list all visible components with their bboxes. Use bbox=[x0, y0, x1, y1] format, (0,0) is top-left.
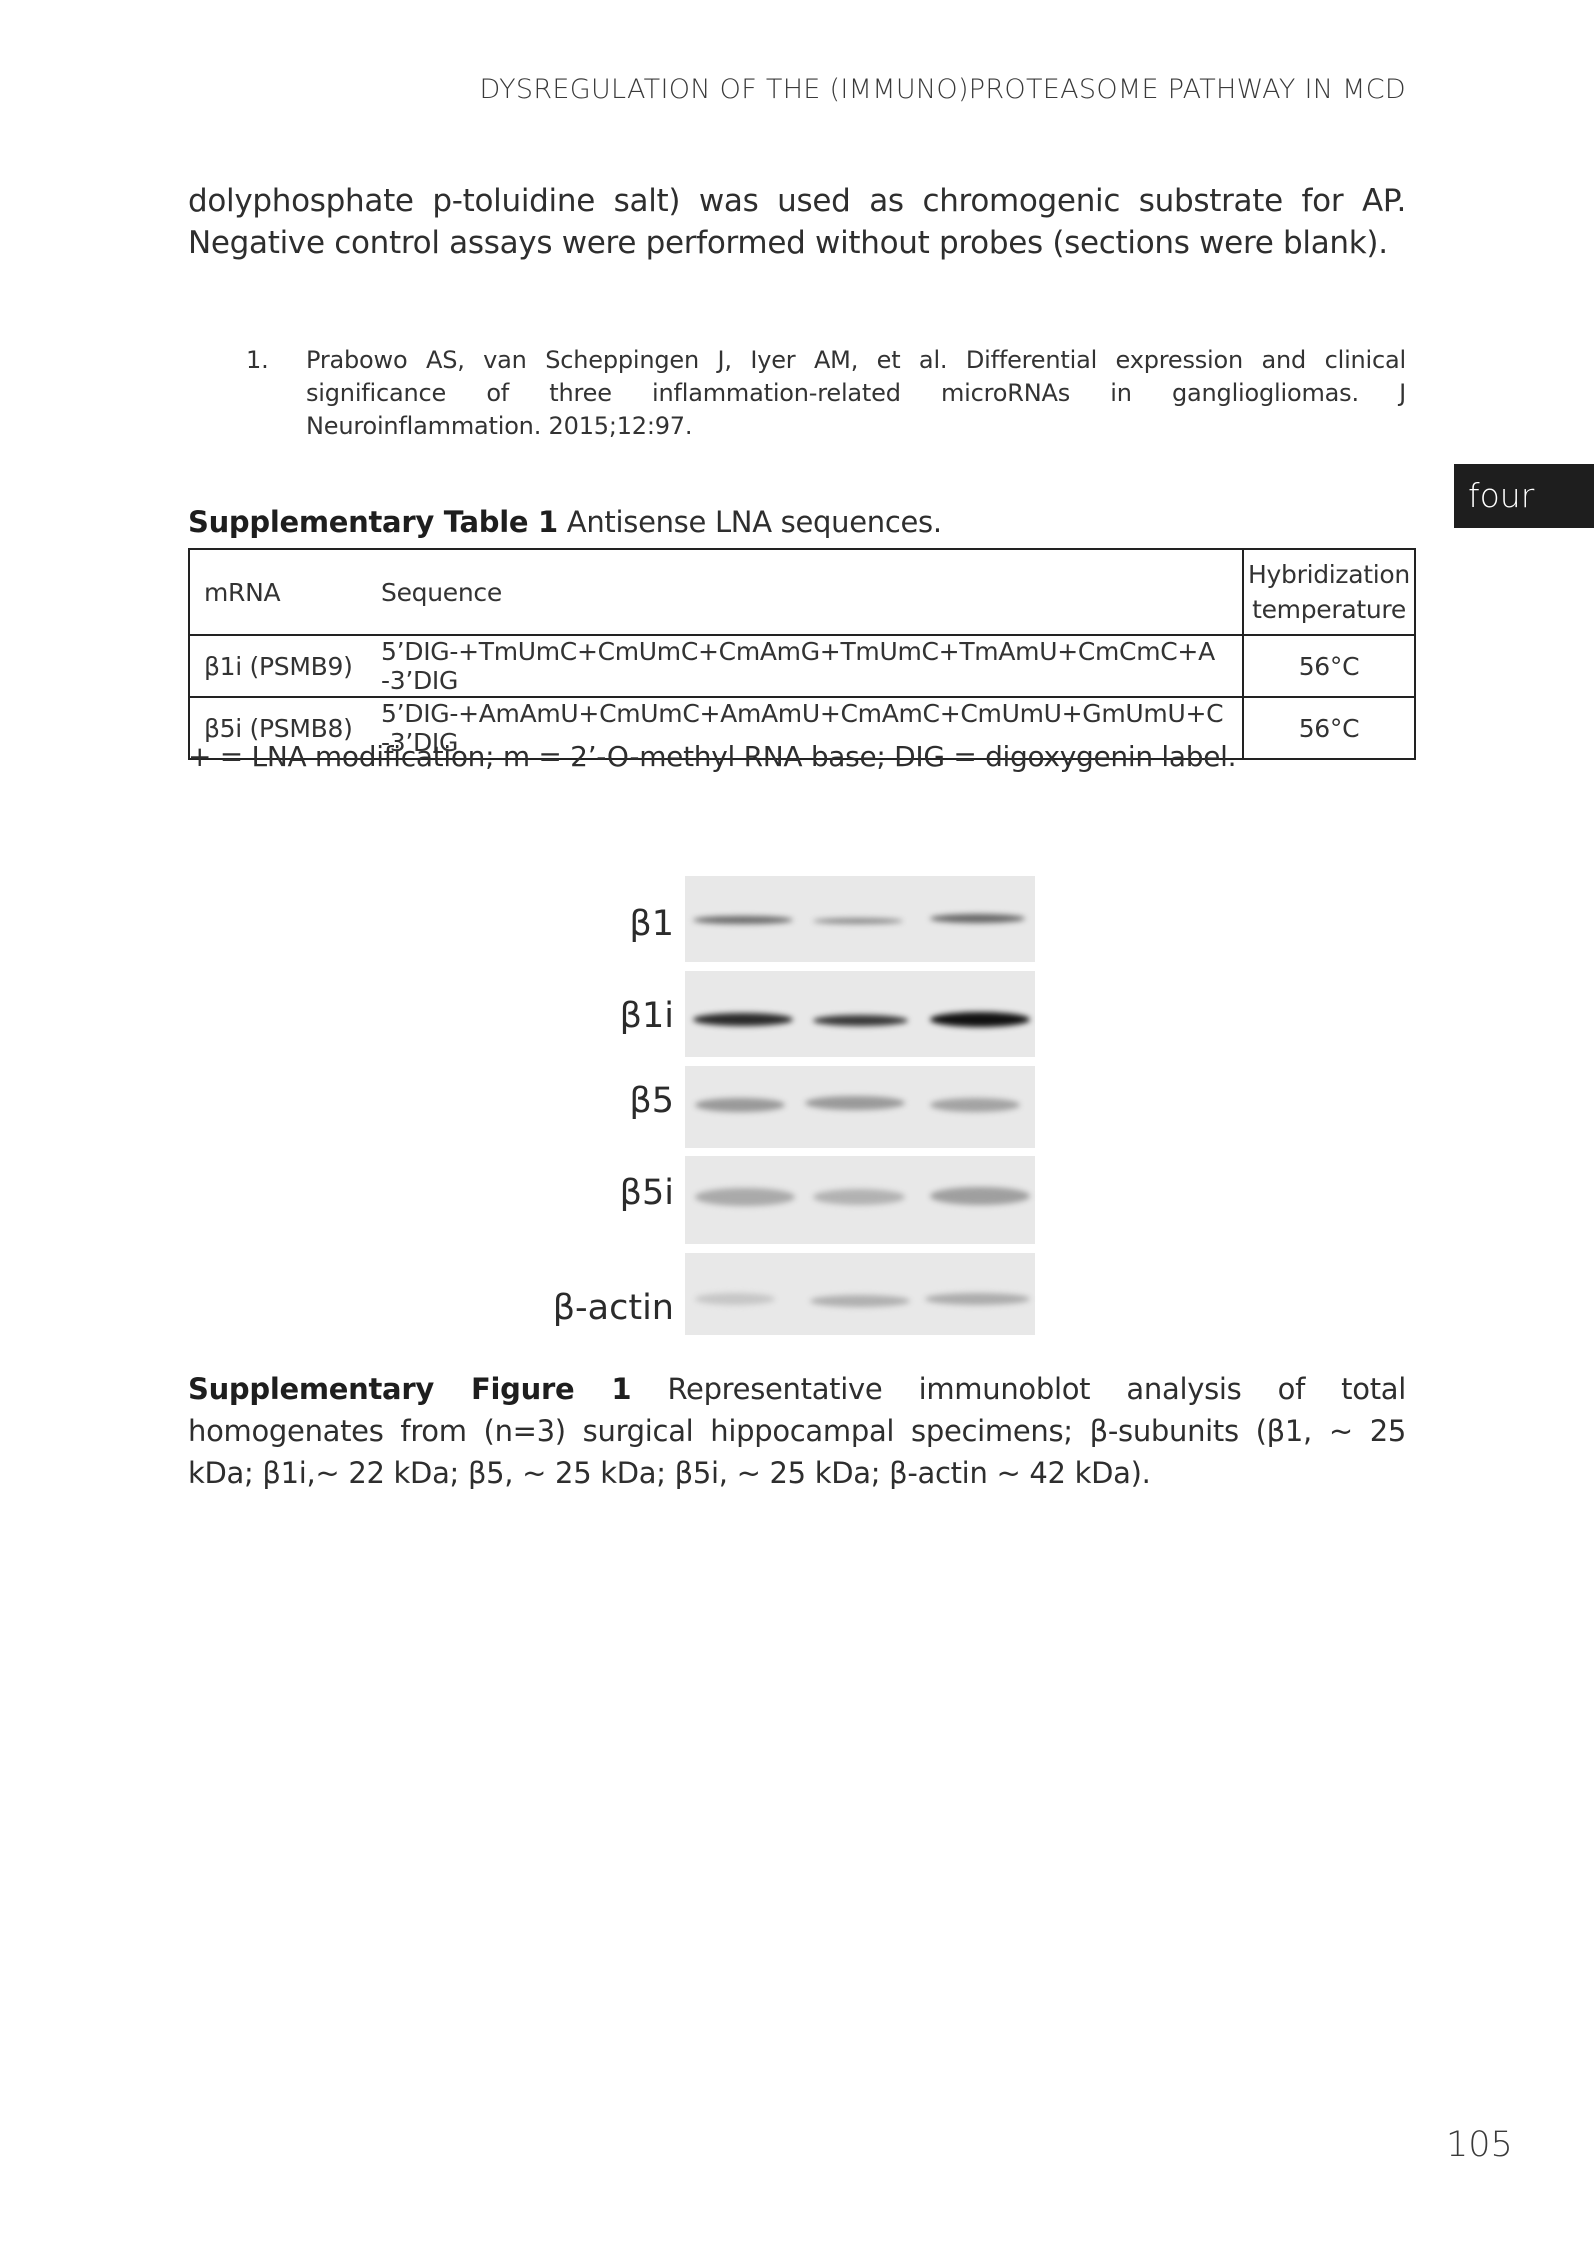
blot-label-b5: β5 bbox=[629, 1081, 674, 1121]
reference-number: 1. bbox=[246, 344, 286, 377]
chapter-tab: four bbox=[1454, 464, 1594, 528]
header-sequence: Sequence bbox=[380, 549, 1243, 635]
lna-sequence-table: mRNA Sequence Hybridization temperature … bbox=[188, 548, 1416, 760]
figure-caption-label: Supplementary Figure 1 bbox=[188, 1372, 631, 1406]
cell-temperature: 56°C bbox=[1243, 635, 1415, 697]
blot-panel-b5 bbox=[685, 1066, 1035, 1148]
header-mrna: mRNA bbox=[189, 549, 380, 635]
table-footnote: + = LNA modification; m = 2’-O-methyl RN… bbox=[188, 740, 1236, 773]
table-caption-label: Supplementary Table 1 bbox=[188, 505, 558, 539]
table-caption-text: Antisense LNA sequences. bbox=[558, 505, 942, 539]
page-number: 105 bbox=[1446, 2125, 1513, 2165]
immunoblot-figure: β1 β1i β5 β5i β-actin bbox=[540, 876, 1040, 1336]
reference-text: Prabowo AS, van Scheppingen J, Iyer AM, … bbox=[306, 344, 1406, 443]
table-header-row: mRNA Sequence Hybridization temperature bbox=[189, 549, 1415, 635]
figure-caption: Supplementary Figure 1 Representative im… bbox=[188, 1368, 1406, 1494]
blot-label-b1: β1 bbox=[629, 904, 674, 944]
blot-label-bactin: β-actin bbox=[553, 1288, 674, 1328]
cell-mrna: β1i (PSMB9) bbox=[189, 635, 380, 697]
blot-label-b5i: β5i bbox=[620, 1173, 674, 1213]
table-caption: Supplementary Table 1 Antisense LNA sequ… bbox=[188, 505, 942, 539]
body-paragraph: dolyphosphate p-toluidine salt) was used… bbox=[188, 180, 1406, 264]
blot-panel-b1i bbox=[685, 971, 1035, 1057]
cell-sequence: 5’DIG-+TmUmC+CmUmC+CmAmG+TmUmC+TmAmU+CmC… bbox=[380, 635, 1243, 697]
table-row: β1i (PSMB9) 5’DIG-+TmUmC+CmUmC+CmAmG+TmU… bbox=[189, 635, 1415, 697]
blot-panel-bactin bbox=[685, 1253, 1035, 1335]
blot-panel-b5i bbox=[685, 1156, 1035, 1244]
blot-panel-b1 bbox=[685, 876, 1035, 962]
running-header: DYSREGULATION OF THE (IMMUNO)PROTEASOME … bbox=[479, 74, 1406, 105]
header-hybridization-temperature: Hybridization temperature bbox=[1243, 549, 1415, 635]
cell-temperature: 56°C bbox=[1243, 697, 1415, 759]
blot-label-b1i: β1i bbox=[620, 996, 674, 1036]
